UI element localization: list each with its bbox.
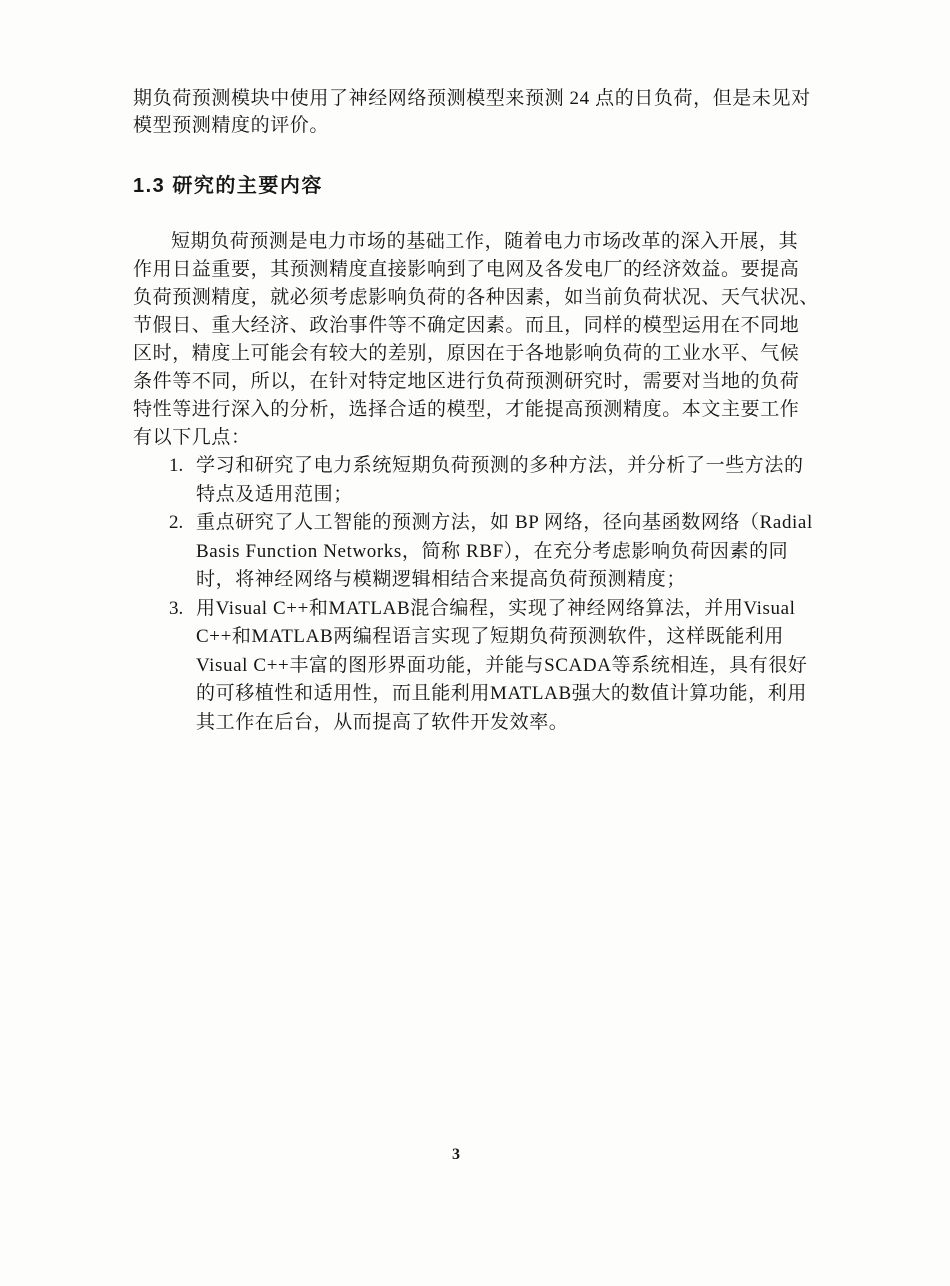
- list-item-number: 3.: [169, 595, 196, 624]
- list-item-text: 学习和研究了电力系统短期负荷预测的多种方法，并分析了一些方法的 特点及适用范围；: [196, 452, 813, 509]
- list-line: C++和MATLAB两编程语言实现了短期负荷预测软件，这样既能利用: [196, 623, 813, 652]
- paragraph-line: 短期负荷预测是电力市场的基础工作，随着电力市场改革的深入开展，其: [133, 228, 813, 256]
- paragraph-line: 负荷预测精度，就必须考虑影响负荷的各种因素，如当前负荷状况、天气状况、: [133, 284, 813, 312]
- paragraph-line: 节假日、重大经济、政治事件等不确定因素。而且，同样的模型运用在不同地: [133, 312, 813, 340]
- list-item-number: 1.: [169, 452, 196, 481]
- scanned-document-page: 期负荷预测模块中使用了神经网络预测模型来预测 24 点的日负荷，但是未见对 模型…: [0, 0, 950, 1286]
- list-line: 其工作在后台，从而提高了软件开发效率。: [196, 709, 813, 738]
- list-line: 用Visual C++和MATLAB混合编程，实现了神经网络算法，并用Visua…: [196, 595, 813, 624]
- paragraph-line: 特性等进行深入的分析，选择合适的模型，才能提高预测精度。本文主要工作: [133, 396, 813, 424]
- intro-paragraph: 短期负荷预测是电力市场的基础工作，随着电力市场改革的深入开展，其 作用日益重要，…: [133, 228, 813, 452]
- list-line: 重点研究了人工智能的预测方法，如 BP 网络，径向基函数网络（Radial: [196, 509, 813, 538]
- list-line: Visual C++丰富的图形界面功能，并能与SCADA等系统相连，具有很好: [196, 652, 813, 681]
- section-heading: 1.3 研究的主要内容: [133, 174, 813, 198]
- paragraph-line: 有以下几点：: [133, 424, 813, 452]
- list-item-number: 2.: [169, 509, 196, 538]
- list-line: 时，将神经网络与模糊逻辑相结合来提高负荷预测精度；: [196, 566, 813, 595]
- list-line: 特点及适用范围；: [196, 481, 813, 510]
- paragraph-line: 期负荷预测模块中使用了神经网络预测模型来预测 24 点的日负荷，但是未见对: [133, 85, 813, 112]
- list-line: 学习和研究了电力系统短期负荷预测的多种方法，并分析了一些方法的: [196, 452, 813, 481]
- paragraph-line: 模型预测精度的评价。: [133, 112, 813, 139]
- list-item: 3. 用Visual C++和MATLAB混合编程，实现了神经网络算法，并用Vi…: [133, 595, 813, 738]
- list-item: 1. 学习和研究了电力系统短期负荷预测的多种方法，并分析了一些方法的 特点及适用…: [133, 452, 813, 509]
- paragraph-line: 区时，精度上可能会有较大的差别，原因在于各地影响负荷的工业水平、气候: [133, 340, 813, 368]
- list-item-text: 重点研究了人工智能的预测方法，如 BP 网络，径向基函数网络（Radial Ba…: [196, 509, 813, 595]
- list-item: 2. 重点研究了人工智能的预测方法，如 BP 网络，径向基函数网络（Radial…: [133, 509, 813, 595]
- list-line: Basis Function Networks，简称 RBF），在充分考虑影响负…: [196, 538, 813, 567]
- paragraph-line: 作用日益重要，其预测精度直接影响到了电网及各发电厂的经济效益。要提高: [133, 256, 813, 284]
- paragraph-line: 条件等不同，所以，在针对特定地区进行负荷预测研究时，需要对当地的负荷: [133, 368, 813, 396]
- list-line: 的可移植性和适用性，而且能利用MATLAB强大的数值计算功能，利用: [196, 680, 813, 709]
- carryover-paragraph: 期负荷预测模块中使用了神经网络预测模型来预测 24 点的日负荷，但是未见对 模型…: [133, 85, 813, 139]
- page-content: 期负荷预测模块中使用了神经网络预测模型来预测 24 点的日负荷，但是未见对 模型…: [133, 85, 813, 737]
- page-number: 3: [0, 1146, 912, 1164]
- list-item-text: 用Visual C++和MATLAB混合编程，实现了神经网络算法，并用Visua…: [196, 595, 813, 738]
- numbered-list: 1. 学习和研究了电力系统短期负荷预测的多种方法，并分析了一些方法的 特点及适用…: [133, 452, 813, 737]
